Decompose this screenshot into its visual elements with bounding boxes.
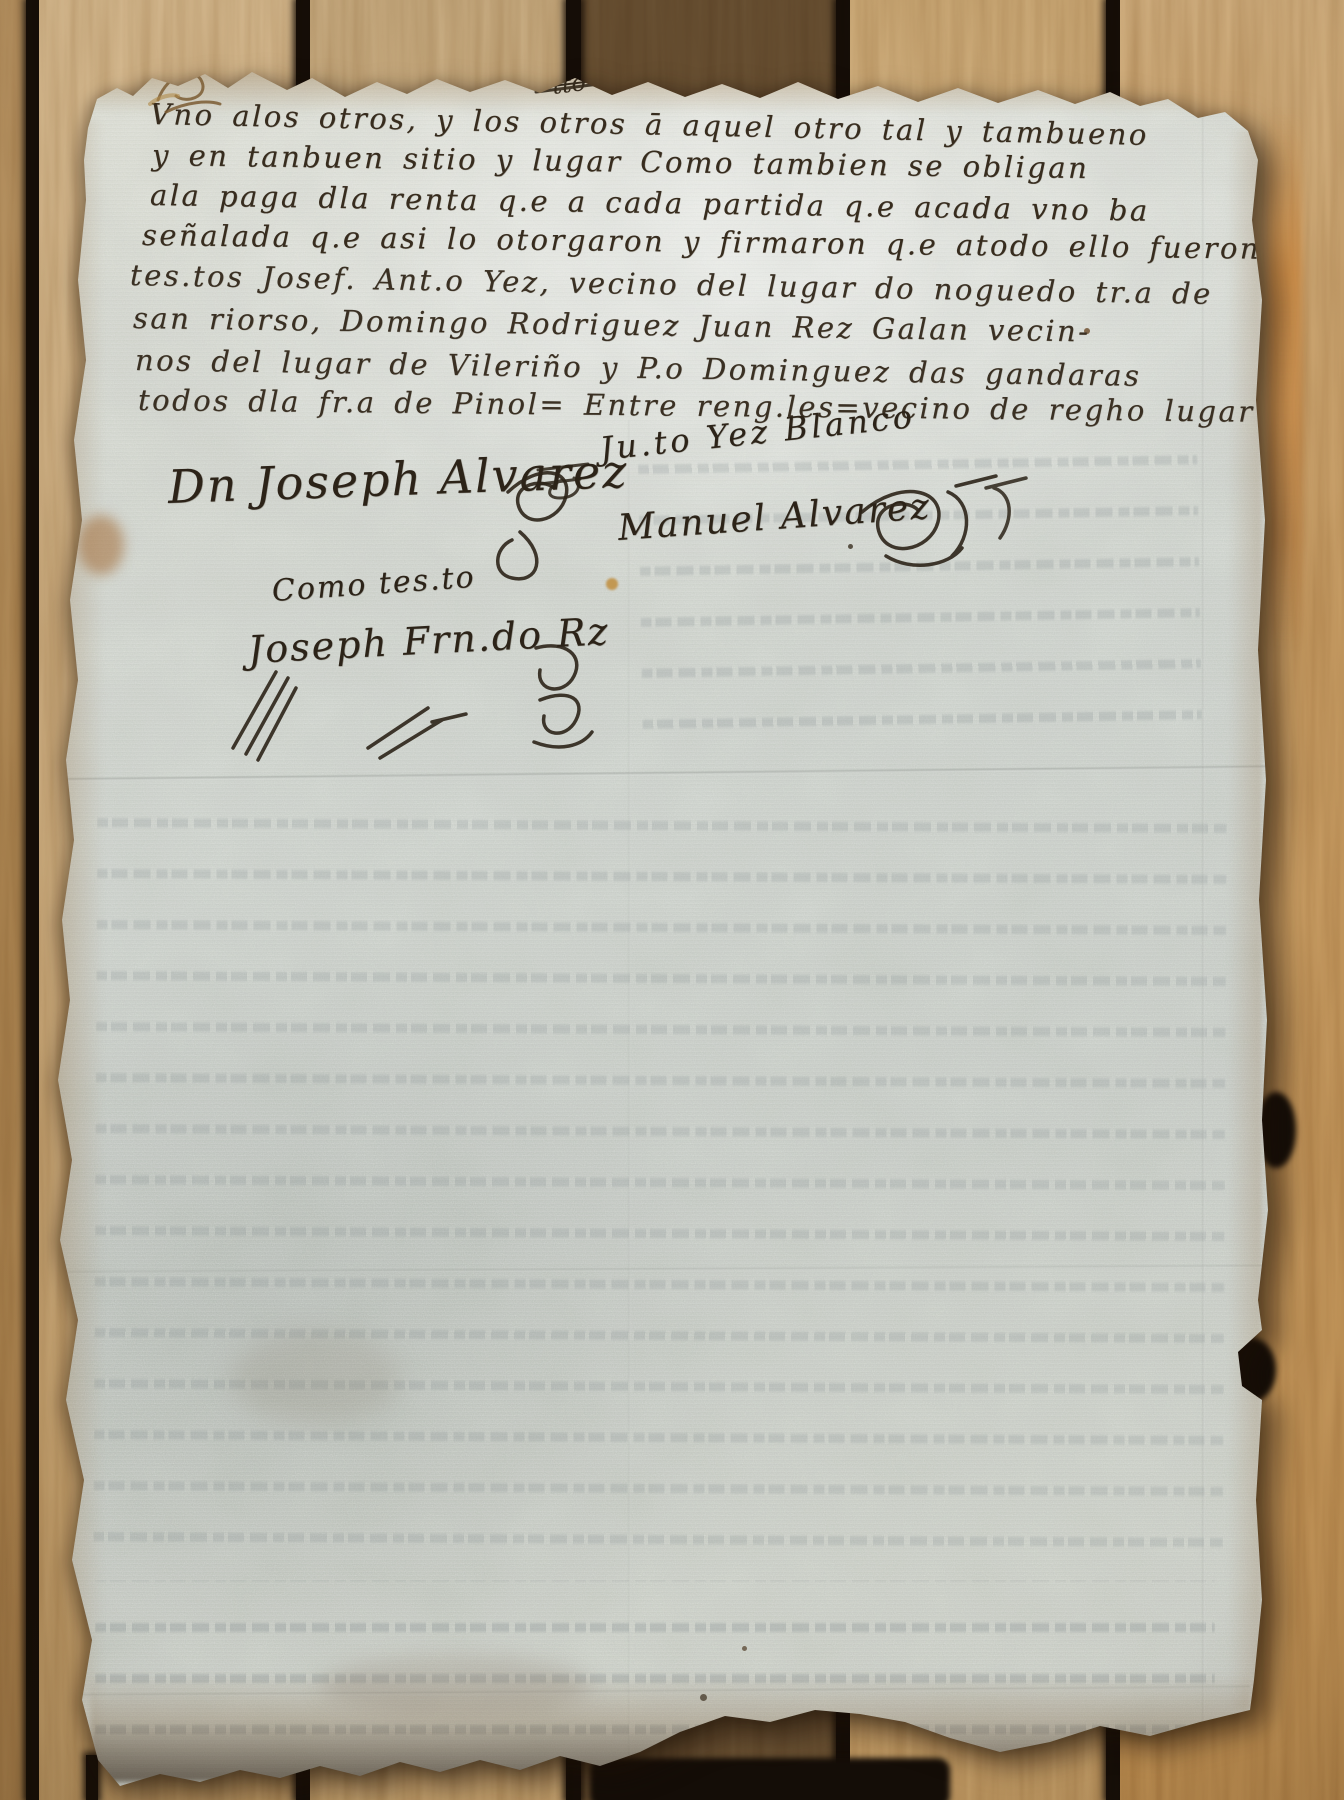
edge-browning-left (52, 120, 104, 1780)
ink-speck (848, 544, 853, 549)
rust-stain-left-edge (78, 515, 124, 575)
manuscript-page: Vno alos otros, y los otros ā aquel otro… (0, 0, 1344, 1800)
ink-speck (742, 1646, 747, 1651)
fold-crease-vertical-right (1202, 110, 1205, 1730)
ink-speck (700, 1694, 707, 1701)
smudge-bottom-left (230, 1330, 400, 1425)
yellow-spot (606, 578, 618, 590)
edge-browning-bottom (90, 1672, 1250, 1782)
fold-crease-vertical-center (628, 420, 631, 1760)
smudge-bottom (320, 1655, 590, 1715)
bleedthrough-upper (637, 425, 1203, 765)
paper-sheet: Vno alos otros, y los otros ā aquel otro… (0, 0, 1344, 1800)
bleedthrough-middle (93, 797, 1227, 1583)
interlinear-note-struck: tto (550, 68, 587, 100)
photo-scene: Vno alos otros, y los otros ā aquel otro… (0, 0, 1344, 1800)
edge-browning-right (1228, 130, 1262, 1710)
